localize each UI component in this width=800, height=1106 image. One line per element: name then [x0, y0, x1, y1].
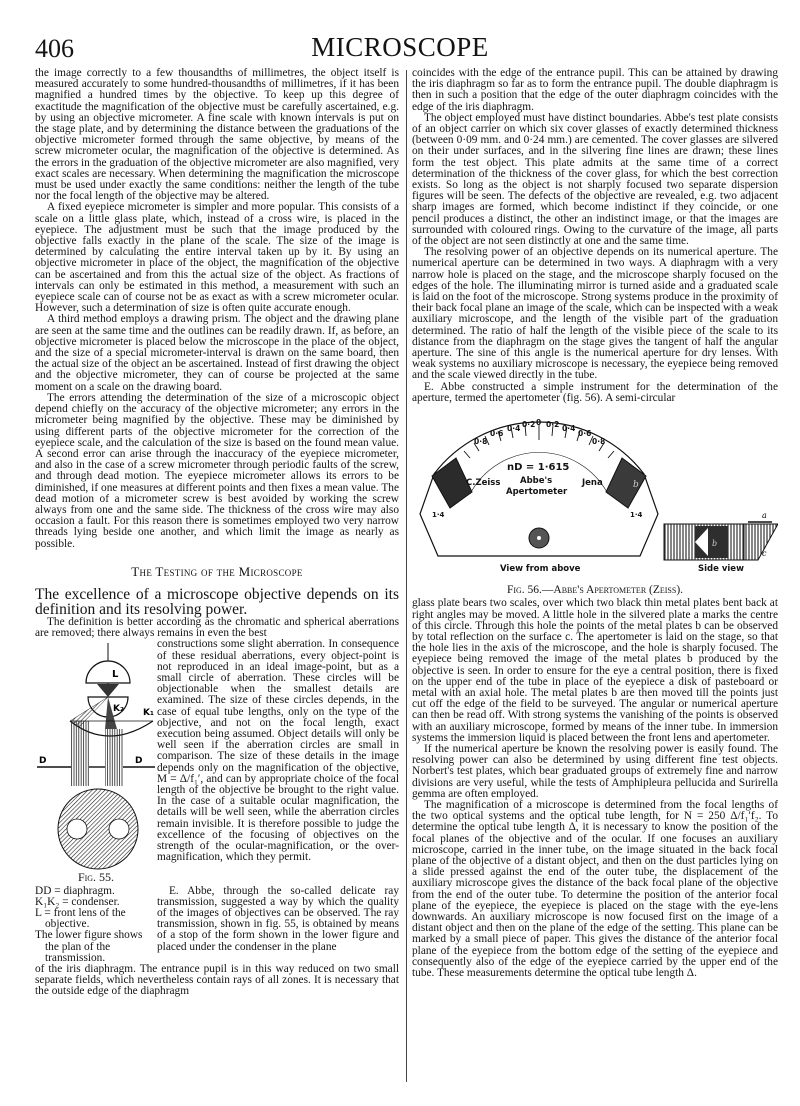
maker-left: C.Zeiss [466, 478, 500, 489]
end-value-right: 1·4 [630, 510, 642, 521]
running-head: MICROSCOPE [0, 32, 800, 63]
svg-text:b: b [633, 480, 639, 490]
scale-right-0.8: 0·8 [592, 436, 605, 447]
maker-right: Jena [582, 478, 603, 489]
figure-55-caption: Fig. 55. [35, 872, 157, 883]
figure-56: b a c b 0·8 0·6 0·4 0·2 0 0·2 0·4 0·6 0·… [412, 414, 778, 579]
refractive-index: nD = 1·615 [507, 462, 569, 473]
paragraph: coincides with the edge of the entrance … [412, 68, 778, 113]
paragraph: The errors attending the determination o… [35, 393, 399, 550]
scale-left-0.6: 0·6 [490, 428, 503, 439]
scale-right-0.4: 0·4 [562, 423, 575, 434]
end-value-left: 1·4 [432, 510, 444, 521]
paragraph: The definition is better according as th… [35, 617, 399, 639]
figure-55: L K₂ K₁ D D [35, 639, 157, 885]
apertometer-title-1: Abbe's [520, 476, 552, 487]
figure-55-legend: DD = diaphragm. K₁K₂ = condenser. L = fr… [35, 886, 157, 964]
left-column: the image correctly to a few thousandths… [35, 68, 399, 998]
paragraph: of the iris diaphragm. The entrance pupi… [35, 964, 399, 998]
right-column: coincides with the edge of the entrance … [412, 68, 778, 979]
paragraph: constructions some slight aberration. In… [157, 639, 399, 863]
svg-text:a: a [762, 511, 767, 520]
figure-55-side-text: constructions some slight aberration. In… [157, 639, 399, 885]
paragraph: glass plate bears two scales, over which… [412, 598, 778, 744]
legend-item: The lower figure shows the plan of the t… [35, 930, 157, 964]
legend-item: L = front lens of the objective. [35, 908, 157, 930]
scale-right-0.2: 0·2 [546, 419, 559, 430]
scale-right-0.6: 0·6 [578, 428, 591, 439]
figure-56-caption: Fig. 56.—Abbe's Apertometer (Zeiss). [412, 585, 778, 596]
paragraph: E. Abbe, through the so-called delicate … [157, 886, 399, 953]
paragraph: The magnification of a microscope is det… [412, 800, 778, 979]
paragraph: the image correctly to a few thousandths… [35, 68, 399, 202]
paragraph: A fixed eyepiece micrometer is simpler a… [35, 202, 399, 314]
lead-paragraph: The excellence of a microscope objective… [35, 587, 399, 617]
apertometer-title-2: Apertometer [506, 487, 567, 498]
paragraph: The object employed must have distinct b… [412, 113, 778, 247]
svg-text:c: c [762, 549, 767, 558]
paragraph: The resolving power of an objective depe… [412, 247, 778, 381]
paragraph: E. Abbe constructed a simple instrument … [412, 382, 778, 404]
paragraph: If the numerical aperture be known the r… [412, 744, 778, 800]
side-view-label: Side view [698, 564, 744, 575]
scale-left-0.8: 0·8 [474, 436, 487, 447]
view-from-above-label: View from above [500, 564, 580, 575]
figure-55-legend-block: DD = diaphragm. K₁K₂ = condenser. L = fr… [35, 886, 399, 964]
scale-center: 0 [536, 417, 541, 428]
svg-text:b: b [712, 539, 717, 548]
svg-text:D: D [39, 756, 46, 766]
svg-text:D: D [135, 756, 142, 766]
figure-55-block: L K₂ K₁ D D [35, 639, 399, 885]
ray-transmission-diagram: L K₂ K₁ D D [35, 639, 157, 871]
svg-text:L: L [112, 669, 119, 680]
section-title: The Testing of the Microscope [35, 566, 399, 577]
svg-text:K₁: K₁ [143, 708, 154, 718]
svg-text:K₂: K₂ [113, 704, 124, 714]
column-divider [406, 70, 407, 1082]
scale-left-0.2: 0·2 [522, 419, 535, 430]
scale-left-0.4: 0·4 [507, 423, 520, 434]
paragraph: A third method employs a drawing prism. … [35, 314, 399, 392]
